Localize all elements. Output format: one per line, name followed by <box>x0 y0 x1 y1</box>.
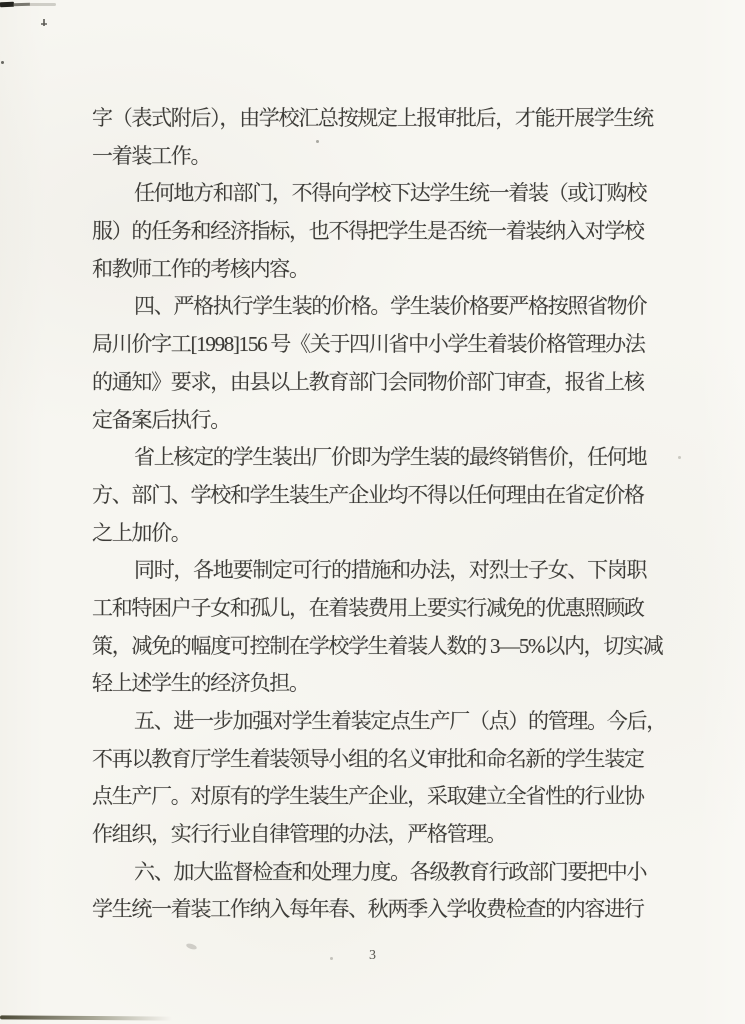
scanned-document-page: { "meta": { "paper_color": "#f7f6f1", "i… <box>0 0 745 1024</box>
document-line: 定备案后执行。 <box>92 402 677 440</box>
document-line: 省上核定的学生装出厂价即为学生装的最终销售价，任何地 <box>92 439 677 477</box>
document-line: 学生统一着装工作纳入每年春、秋两季入学收费检查的内容进行 <box>92 891 677 929</box>
document-line: 服）的任务和经济指标，也不得把学生是否统一着装纳入对学校 <box>92 213 677 251</box>
document-line-section-6: 六、加大监督检查和处理力度。各级教育行政部门要把中小 <box>92 854 677 892</box>
document-line: 字（表式附后），由学校汇总按规定上报审批后，才能开展学生统 <box>92 100 677 138</box>
document-line: 一着装工作。 <box>92 138 677 176</box>
document-line: 工和特困户子女和孤儿，在着装费用上要实行减免的优惠照顾政 <box>92 590 677 628</box>
scan-artifact-speck <box>1 61 4 64</box>
document-line: 的通知》要求，由县以上教育部门会同物价部门审查，报省上核 <box>92 364 677 402</box>
document-line: 轻上述学生的经济负担。 <box>92 665 677 703</box>
document-body: 字（表式附后），由学校汇总按规定上报审批后，才能开展学生统 一着装工作。 任何地… <box>92 100 677 929</box>
document-line: 之上加价。 <box>92 515 677 553</box>
scan-artifact-speck <box>678 456 681 459</box>
scan-artifact-speck <box>41 23 47 25</box>
document-line: 局川价字工[1998]156 号《关于四川省中小学生着装价格管理办法 <box>92 326 677 364</box>
scan-artifact-top-left-smear <box>29 3 56 6</box>
document-line-section-5: 五、进一步加强对学生着装定点生产厂（点）的管理。今后， <box>92 703 677 741</box>
document-line: 作组织，实行行业自律管理的办法，严格管理。 <box>92 816 677 854</box>
page-number: 3 <box>0 948 745 964</box>
document-line: 和教师工作的考核内容。 <box>92 251 677 289</box>
document-line: 策，减免的幅度可控制在学校学生着装人数的 3—5%以内，切实减 <box>92 628 677 666</box>
document-line: 任何地方和部门，不得向学校下达学生统一着装（或订购校 <box>92 175 677 213</box>
document-line-section-4: 四、严格执行学生装的价格。学生装价格要严格按照省物价 <box>92 288 677 326</box>
document-line: 同时，各地要制定可行的措施和办法，对烈士子女、下岗职 <box>92 552 677 590</box>
scan-artifact-bottom-edge-line <box>0 1015 172 1020</box>
document-line: 不再以教育厅学生着装领导小组的名义审批和命名新的学生装定 <box>92 741 677 779</box>
scan-artifact-top-left-tail <box>13 3 30 7</box>
document-line: 方、部门、学校和学生装生产企业均不得以任何理由在省定价格 <box>92 477 677 515</box>
document-line: 点生产厂。对原有的学生装生产企业，采取建立全省性的行业协 <box>92 778 677 816</box>
